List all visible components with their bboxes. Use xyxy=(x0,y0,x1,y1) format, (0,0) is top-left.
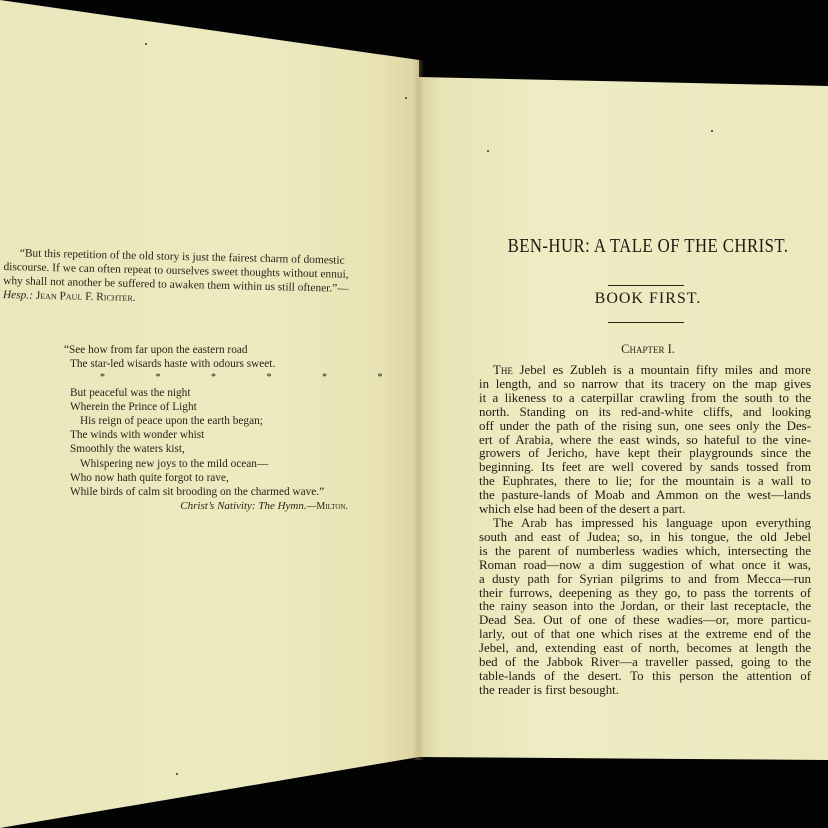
text-line: ert of Arabia, where the east winds, so … xyxy=(479,434,811,448)
text-line: the Euphrates, there to lie; for the mou… xyxy=(479,475,811,489)
text-line: beginning. Its feet are well covered by … xyxy=(479,461,811,475)
text-line: north. Standing on its red-and-white cli… xyxy=(479,406,811,420)
text-line: a dusty path for Syrian pilgrims to and … xyxy=(479,573,811,587)
poem-line: Who now hath quite forgot to rave, xyxy=(64,471,354,485)
text-line: The Arab has impressed his language upon… xyxy=(479,517,811,531)
text-line: bed of the Jabbok River—a traveller pass… xyxy=(479,656,811,670)
poem-line: While birds of calm sit brooding on the … xyxy=(64,485,354,499)
poem-line: Smoothly the waters kist, xyxy=(64,442,354,456)
text-line: the reader is first besought. xyxy=(479,684,811,698)
book-heading: BOOK FIRST. xyxy=(478,290,818,308)
book-gutter xyxy=(412,60,424,760)
title-rule xyxy=(608,285,684,286)
text-line: is the parent of numberless wadies which… xyxy=(479,545,811,559)
paper-speck xyxy=(405,97,407,99)
poem-line: His reign of peace upon the earth began; xyxy=(64,414,354,428)
drop-lead-word: The xyxy=(493,363,513,377)
text-line: Roman road—now a dim suggestion of what … xyxy=(479,559,811,573)
text-line: table-lands of the desert. To this perso… xyxy=(479,670,811,684)
text-line: it a likeness to a caterpillar crawling … xyxy=(479,392,811,406)
epigraph-quote: “But this repetition of the old story is… xyxy=(3,246,376,310)
poem-line: “See how from far upon the eastern road xyxy=(64,343,354,357)
chapter-body: The Jebel es Zubleh is a mountain fifty … xyxy=(479,364,811,698)
book-title: BEN-HUR: A TALE OF THE CHRIST. xyxy=(502,236,794,258)
text-line: Jebel, and, extending east of north, bec… xyxy=(479,642,811,656)
poem-line: But peaceful was the night xyxy=(64,386,354,400)
poem-source-title: Christ’s Nativity: The Hymn.— xyxy=(180,500,316,512)
poem-line: The star-led wisards haste with odours s… xyxy=(64,357,354,371)
text-line: which else had been of the desert a part… xyxy=(479,503,811,517)
text-line: Dead Sea. Out of one of these wadies—or,… xyxy=(479,614,811,628)
attribution-author: Jean Paul F. Richter. xyxy=(36,290,136,304)
text-line: south and east of Judea; so, in his tong… xyxy=(479,531,811,545)
text-line: growers of Jericho, have kept their play… xyxy=(479,447,811,461)
text-line: the pasture-lands of Moab and Ammon on t… xyxy=(479,489,811,503)
text-line: The Jebel es Zubleh is a mountain fifty … xyxy=(479,364,811,378)
text-line: their furrows, deepening as they go, to … xyxy=(479,587,811,601)
poem-source: Christ’s Nativity: The Hymn.—Milton. xyxy=(64,499,354,514)
text-line: the rainy season into the Jordan, or the… xyxy=(479,600,811,614)
poem-line: Whispering new joys to the mild ocean— xyxy=(64,457,354,471)
poem-line: The winds with wonder whist xyxy=(64,428,354,442)
text-line: off under the path of the rising sun, on… xyxy=(479,420,811,434)
paper-speck xyxy=(145,43,147,45)
paper-speck xyxy=(711,130,713,132)
poem-line: Wherein the Prince of Light xyxy=(64,400,354,414)
text-line: in length, and so narrow that its tracer… xyxy=(479,378,811,392)
poem-epigraph: “See how from far upon the eastern road … xyxy=(64,343,354,514)
book-rule xyxy=(608,322,684,323)
paper-speck xyxy=(487,150,489,152)
poem-source-author: Milton. xyxy=(316,501,348,512)
text-line: larly, out of that one which rises at th… xyxy=(479,628,811,642)
chapter-heading: Chapter I. xyxy=(478,342,818,357)
paper-speck xyxy=(176,773,178,775)
attribution-work: Hesp.: xyxy=(3,289,33,302)
poem-ellipsis-stars: * * * * * * xyxy=(64,371,354,385)
